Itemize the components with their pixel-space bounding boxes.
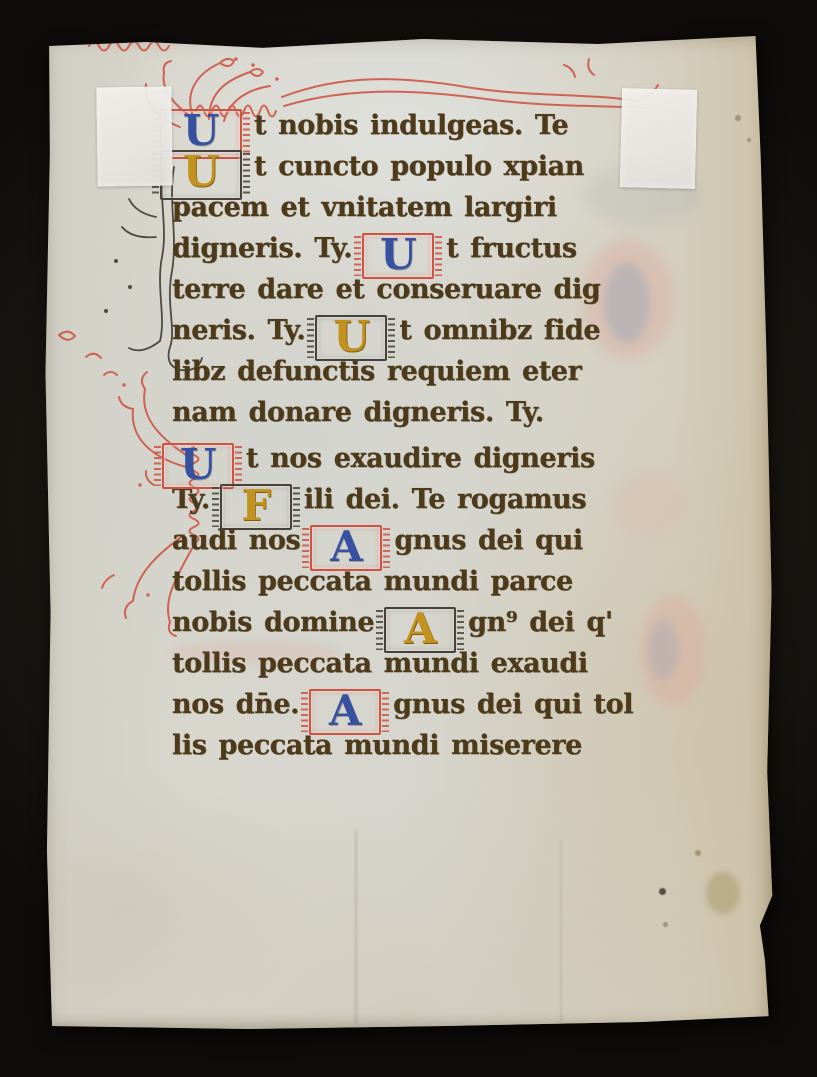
text-line: nam donare digneris. Ty. [172, 392, 747, 433]
mounting-tape-right [620, 88, 697, 189]
line-text: tollis peccata mundi exaudi [172, 648, 588, 679]
initial-letter: F [241, 481, 270, 530]
stain-speck [663, 922, 668, 927]
stain [706, 872, 740, 914]
initial-letter: U [380, 230, 416, 279]
line-text: nos dn̄e. [172, 689, 299, 720]
line-text: digneris. Ty. [172, 233, 352, 264]
text-line: nobis domineAgn⁹ dei q' [172, 602, 747, 643]
text-line: nos dn̄e.Agnus dei qui tol [172, 684, 747, 725]
line-text: gnus dei qui tol [393, 689, 633, 720]
initial-letter: U [333, 312, 369, 361]
decorated-initial: U [362, 233, 434, 279]
text-line: digneris. Ty.Ut fructus [172, 228, 747, 269]
line-text: nobis domine [172, 607, 374, 638]
line-text: t nos exaudire digneris [246, 443, 595, 474]
initial-letter: U [180, 440, 216, 489]
stain-speck [695, 850, 701, 856]
line-text: t nobis indulgeas. Te [254, 110, 568, 141]
stain-speck [659, 888, 666, 895]
decorated-initial: U [315, 315, 387, 361]
decorated-initial: A [384, 607, 456, 653]
text-line: Ty.Fili dei. Te rogamus [172, 479, 747, 520]
text-line: terre dare et conseruare dig [172, 269, 747, 310]
text-line: tollis peccata mundi parce [172, 561, 747, 602]
line-text: neris. Ty. [172, 315, 305, 346]
decorated-initial: U [162, 443, 234, 489]
line-text: gnus dei qui [394, 525, 582, 556]
initial-letter: A [329, 686, 361, 735]
photo-backdrop: Ut nobis indulgeas. Te Ut cuncto populo … [0, 0, 817, 1077]
initial-letter: U [183, 147, 219, 196]
initial-letter: A [330, 522, 362, 571]
parchment-leaf: Ut nobis indulgeas. Te Ut cuncto populo … [44, 35, 773, 1030]
text-line: libz defunctis requiem eter [172, 351, 747, 392]
leaf-shadow-wrap: Ut nobis indulgeas. Te Ut cuncto populo … [0, 0, 817, 1077]
manuscript-text-block: Ut nobis indulgeas. Te Ut cuncto populo … [172, 105, 747, 766]
line-text: ili dei. Te rogamus [304, 484, 586, 515]
mounting-tape-left [96, 86, 172, 186]
decorated-initial: A [309, 689, 381, 735]
line-text: gn⁹ dei q' [468, 607, 613, 638]
text-line: lis peccata mundi miserere [172, 725, 747, 766]
line-text: t fructus [446, 233, 577, 264]
stain-speck [747, 138, 751, 142]
crease-line [355, 830, 357, 1026]
decorated-initial: F [220, 484, 292, 530]
line-text: t omnibz fide [399, 315, 600, 346]
text-line: neris. Ty.Ut omnibz fide [172, 310, 747, 351]
crease-line [560, 840, 562, 1025]
line-text: nam donare digneris. Ty. [172, 397, 544, 428]
text-line: pacem et vnitatem largiri [172, 187, 747, 228]
decorated-initial: A [310, 525, 382, 571]
initial-letter: A [404, 604, 436, 653]
line-text: t cuncto populo xpian [254, 151, 584, 182]
text-line: Ut nos exaudire digneris [172, 438, 747, 479]
